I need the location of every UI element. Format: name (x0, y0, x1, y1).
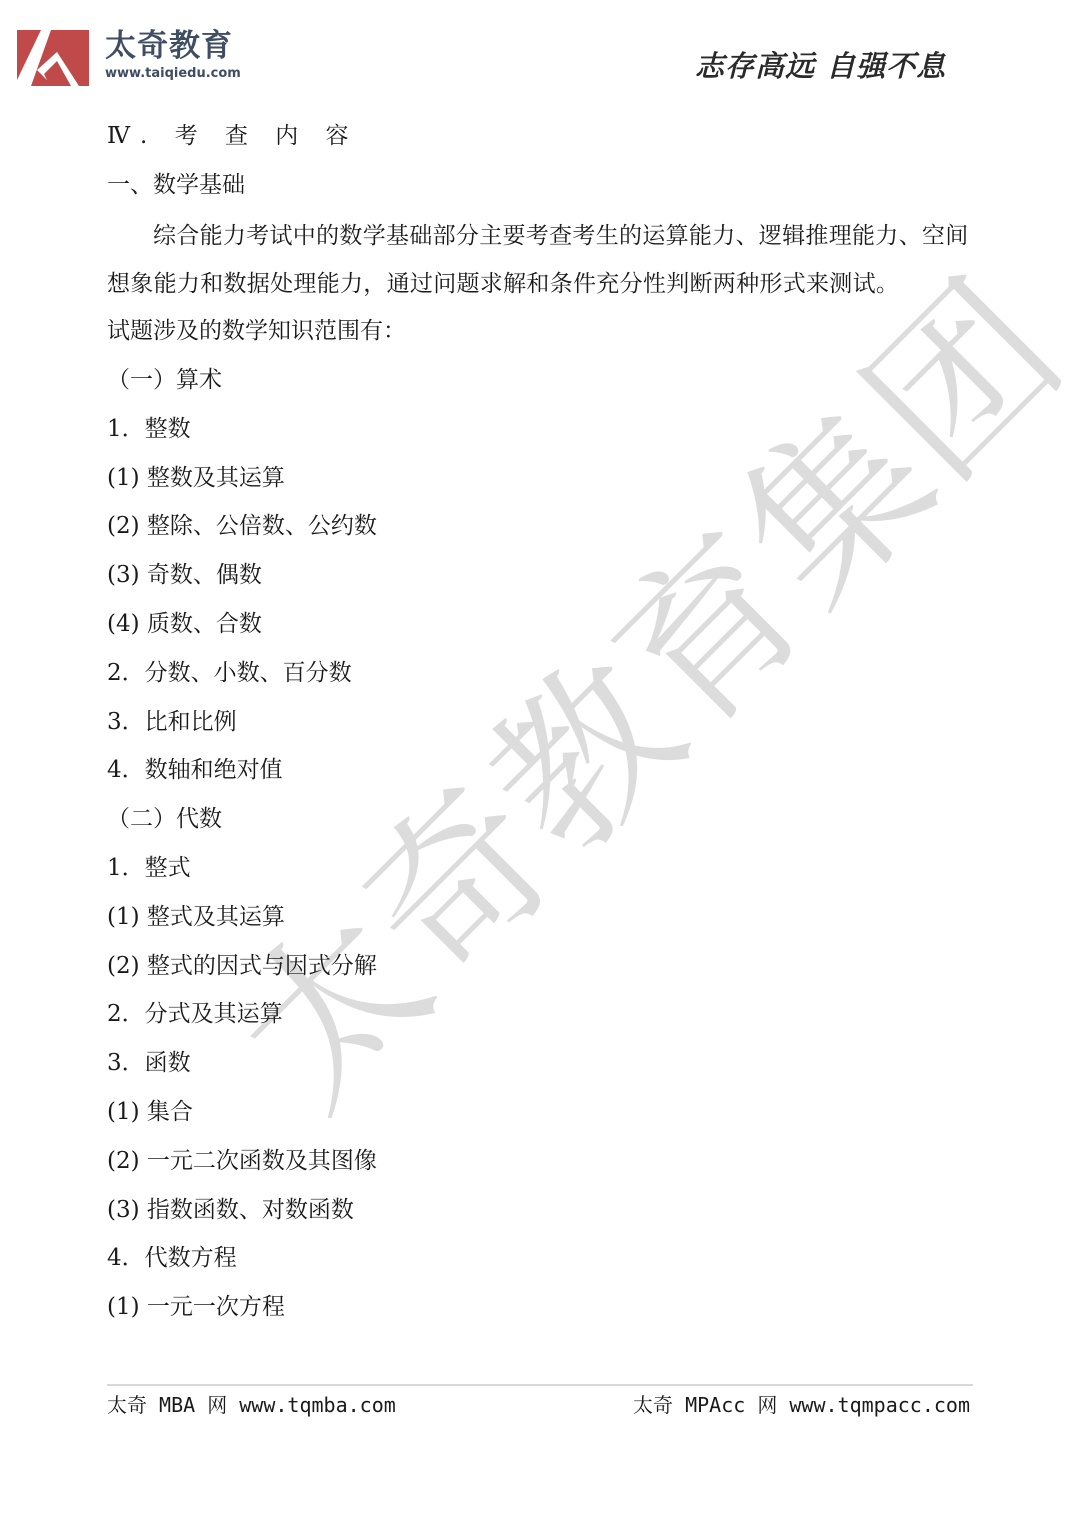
logo: 太奇教育 www.taiqiedu.com (17, 28, 277, 88)
outline-item: 4．数轴和绝对值 (107, 748, 977, 797)
outline-sub: (3) 奇数、偶数 (107, 553, 977, 602)
outline-sub: (4) 质数、合数 (107, 602, 977, 651)
outline-category: （二）代数 (107, 797, 977, 846)
document-content: Ⅳ. 考 查 内 容 一、数学基础 综合能力考试中的数学基础部分主要考查考生的运… (107, 114, 977, 1334)
outline-item: 2．分式及其运算 (107, 992, 977, 1041)
logo-title: 太奇教育 (105, 28, 233, 64)
section-title: Ⅳ. 考 查 内 容 (107, 114, 977, 163)
outline-sub: (2) 整式的因式与因式分解 (107, 944, 977, 993)
outline-sub: (1) 整数及其运算 (107, 456, 977, 505)
outline-item: 4．代数方程 (107, 1236, 977, 1285)
outline-sub: (3) 指数函数、对数函数 (107, 1188, 977, 1237)
outline-sub: (2) 整除、公倍数、公约数 (107, 504, 977, 553)
intro-paragraph: 综合能力考试中的数学基础部分主要考查考生的运算能力、逻辑推理能力、空间想象能力和… (107, 212, 977, 310)
syllabus-outline: （一）算术1．整数(1) 整数及其运算(2) 整除、公倍数、公约数(3) 奇数、… (107, 358, 977, 1334)
outline-category: （一）算术 (107, 358, 977, 407)
footer-divider (107, 1384, 973, 1386)
outline-item: 3．比和比例 (107, 700, 977, 749)
outline-item: 2．分数、小数、百分数 (107, 651, 977, 700)
footer-right-link[interactable]: 太奇 MPAcc 网 www.tqmpacc.com (633, 1389, 970, 1418)
outline-sub: (1) 集合 (107, 1090, 977, 1139)
outline-item: 1．整数 (107, 407, 977, 456)
footer-left-link[interactable]: 太奇 MBA 网 www.tqmba.com (107, 1389, 396, 1418)
outline-item: 1．整式 (107, 846, 977, 895)
outline-item: 3．函数 (107, 1041, 977, 1090)
scope-label: 试题涉及的数学知识范围有： (107, 309, 977, 358)
outline-sub: (1) 整式及其运算 (107, 895, 977, 944)
subsection-title: 一、数学基础 (107, 163, 977, 212)
outline-sub: (1) 一元一次方程 (107, 1285, 977, 1334)
motto: 志存高远 自强不息 (695, 44, 946, 85)
logo-mark-icon (17, 30, 89, 86)
logo-url: www.taiqiedu.com (105, 66, 241, 82)
outline-sub: (2) 一元二次函数及其图像 (107, 1139, 977, 1188)
